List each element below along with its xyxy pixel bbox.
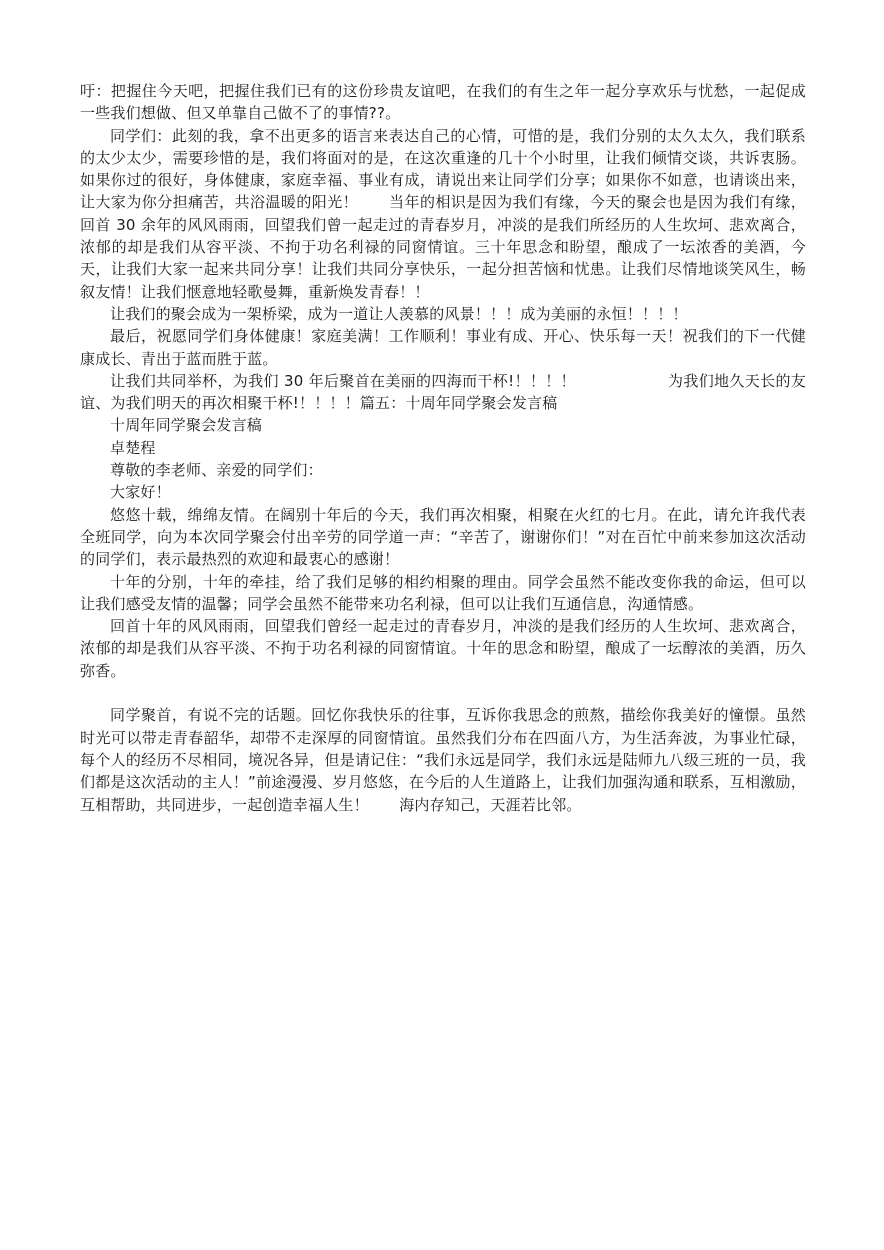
paragraph-4: 最后，祝愿同学们身体健康！家庭美满！工作顺利！事业有成、开心、快乐每一天！祝我们… [80, 325, 806, 370]
paragraph-7: 卓楚程 [80, 437, 806, 459]
paragraph-5: 让我们共同举杯，为我们 30 年后聚首在美丽的四海而干杯!！！！！ 为我们地久天… [80, 370, 806, 415]
paragraph-12: 回首十年的风风雨雨，回望我们曾经一起走过的青春岁月，冲淡的是我们经历的人生坎坷、… [80, 615, 806, 682]
paragraph-3: 让我们的聚会成为一架桥梁，成为一道让人羡慕的风景！！！成为美丽的永恒！！！！ [80, 303, 806, 325]
paragraph-2: 同学们：此刻的我，拿不出更多的语言来表达自己的心情，可惜的是，我们分别的太久太久… [80, 125, 806, 303]
document-body: 吁：把握住今天吧，把握住我们已有的这份珍贵友谊吧，在我们的有生之年一起分享欢乐与… [80, 80, 806, 816]
paragraph-1: 吁：把握住今天吧，把握住我们已有的这份珍贵友谊吧，在我们的有生之年一起分享欢乐与… [80, 80, 806, 125]
paragraph-8: 尊敬的李老师、亲爱的同学们： [80, 459, 806, 481]
paragraph-6: 十周年同学聚会发言稿 [80, 414, 806, 436]
document-page: 吁：把握住今天吧，把握住我们已有的这份珍贵友谊吧，在我们的有生之年一起分享欢乐与… [0, 0, 884, 1250]
paragraph-11: 十年的分别，十年的牵挂，给了我们足够的相约相聚的理由。同学会虽然不能改变你我的命… [80, 571, 806, 616]
paragraph-9: 大家好！ [80, 481, 806, 503]
paragraph-13: 同学聚首，有说不完的话题。回忆你我快乐的往事，互诉你我思念的煎熬，描绘你我美好的… [80, 704, 806, 815]
paragraph-10: 悠悠十载，绵绵友情。在阔别十年后的今天，我们再次相聚，相聚在火红的七月。在此，请… [80, 504, 806, 571]
